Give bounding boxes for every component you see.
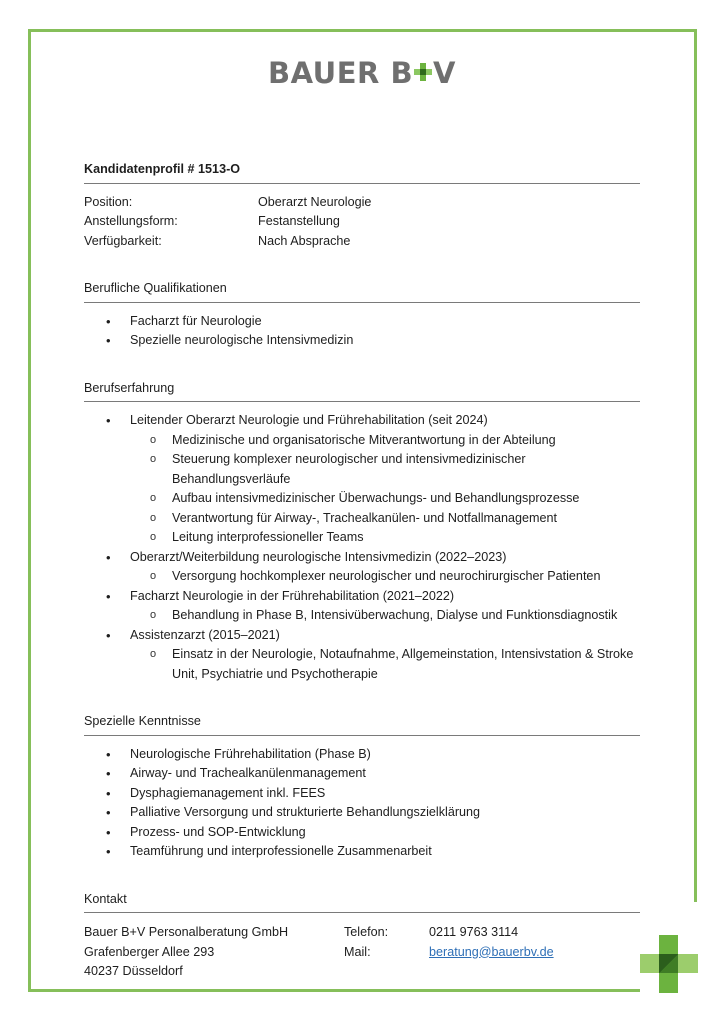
experience-detail: Versorgung hochkomplexer neurologischer … [84, 567, 640, 587]
contact-street: Grafenberger Allee 293 [84, 943, 344, 963]
experience-list: Leitender Oberarzt Neurologie und Frühre… [84, 411, 640, 684]
contact-company: Bauer B+V Personalberatung GmbH [84, 923, 344, 943]
experience-title: Assistenzarzt (2015–2021) [130, 626, 640, 646]
contact-city: 40237 Düsseldorf [84, 962, 344, 982]
experience-item: Leitender Oberarzt Neurologie und Frühre… [84, 411, 640, 548]
skill-item: Airway- und Trachealkanülenmanagement [84, 764, 640, 784]
mail-label: Mail: [344, 943, 429, 963]
field-value: Oberarzt Neurologie [258, 193, 371, 213]
experience-sublist: Medizinische und organisatorische Mitver… [130, 431, 640, 548]
experience-detail: Aufbau intensivmedizinischer Überwachung… [84, 489, 640, 509]
skill-item: Palliative Versorgung und strukturierte … [84, 803, 640, 823]
profile-document: Kandidatenprofil # 1513-O Position:Obera… [84, 160, 640, 982]
experience-detail: Behandlung in Phase B, Intensivüberwachu… [84, 606, 640, 626]
phone-number: 0211 9763 3114 [429, 923, 554, 943]
experience-sublist: Versorgung hochkomplexer neurologischer … [130, 567, 640, 587]
experience-detail: Medizinische und organisatorische Mitver… [84, 431, 640, 451]
experience-title: Leitender Oberarzt Neurologie und Frühre… [130, 411, 640, 431]
qualification-item: Spezielle neurologische Intensivmedizin [84, 331, 640, 351]
experience-detail: Leitung interprofessioneller Teams [84, 528, 640, 548]
experience-detail: Einsatz in der Neurologie, Notaufnahme, … [84, 645, 640, 684]
profile-field-row: Anstellungsform:Festanstellung [84, 212, 640, 232]
experience-detail: Verantwortung für Airway-, Trachealkanül… [84, 509, 640, 529]
skill-item: Neurologische Frührehabilitation (Phase … [84, 745, 640, 765]
plus-logo-icon [640, 935, 698, 993]
skill-item: Dysphagiemanagement inkl. FEES [84, 784, 640, 804]
experience-sublist: Einsatz in der Neurologie, Notaufnahme, … [130, 645, 640, 684]
profile-title: Kandidatenprofil # 1513-O [84, 160, 640, 184]
experience-item: Oberarzt/Weiterbildung neurologische Int… [84, 548, 640, 587]
field-value: Festanstellung [258, 212, 340, 232]
skill-item: Prozess- und SOP-Entwicklung [84, 823, 640, 843]
experience-item: Facharzt Neurologie in der Frührehabilit… [84, 587, 640, 626]
profile-fields: Position:Oberarzt NeurologieAnstellungsf… [84, 193, 640, 252]
field-label: Verfügbarkeit: [84, 232, 258, 252]
skills-list: Neurologische Frührehabilitation (Phase … [84, 745, 640, 862]
company-logo: BAUER BV [0, 56, 724, 90]
logo-text-left: BAUER B [268, 56, 413, 90]
frame-right [694, 29, 697, 902]
contact-block: Bauer B+V Personalberatung GmbH Grafenbe… [84, 923, 640, 982]
email-link[interactable]: beratung@bauerbv.de [429, 945, 554, 959]
frame-top [28, 29, 697, 32]
skill-item: Teamführung und interprofessionelle Zusa… [84, 842, 640, 862]
qualifications-heading: Berufliche Qualifikationen [84, 279, 640, 303]
logo-text-right: V [433, 56, 456, 90]
frame-left [28, 29, 31, 992]
plus-icon [414, 63, 432, 81]
phone-label: Telefon: [344, 923, 429, 943]
field-value: Nach Absprache [258, 232, 350, 252]
profile-field-row: Position:Oberarzt Neurologie [84, 193, 640, 213]
experience-item: Assistenzarzt (2015–2021)Einsatz in der … [84, 626, 640, 685]
frame-bottom [28, 989, 640, 992]
profile-field-row: Verfügbarkeit:Nach Absprache [84, 232, 640, 252]
field-label: Anstellungsform: [84, 212, 258, 232]
skills-heading: Spezielle Kenntnisse [84, 712, 640, 736]
experience-sublist: Behandlung in Phase B, Intensivüberwachu… [130, 606, 640, 626]
qualification-item: Facharzt für Neurologie [84, 312, 640, 332]
contact-heading: Kontakt [84, 890, 640, 914]
experience-title: Facharzt Neurologie in der Frührehabilit… [130, 587, 640, 607]
experience-detail: Steuerung komplexer neurologischer und i… [84, 450, 640, 489]
experience-title: Oberarzt/Weiterbildung neurologische Int… [130, 548, 640, 568]
experience-heading: Berufserfahrung [84, 379, 640, 403]
qualifications-list: Facharzt für NeurologieSpezielle neurolo… [84, 312, 640, 351]
field-label: Position: [84, 193, 258, 213]
